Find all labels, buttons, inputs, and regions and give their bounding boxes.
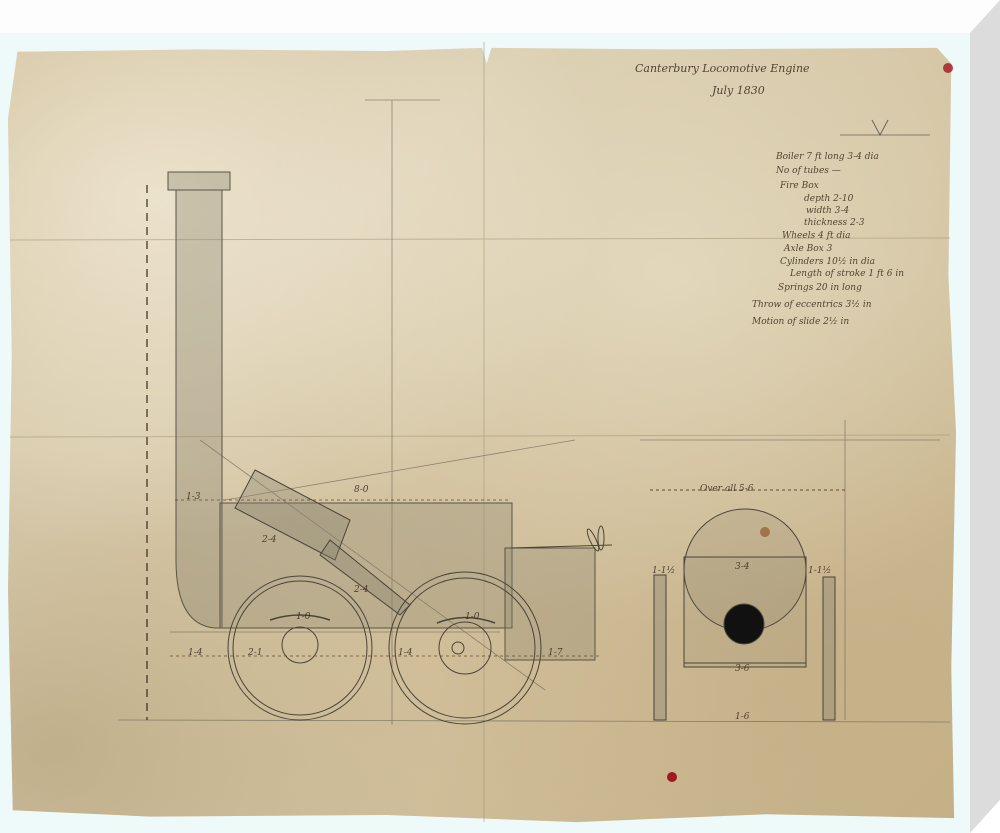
- dim-label: 1-0: [296, 612, 311, 622]
- spec-note: Cylinders 10½ in dia: [780, 257, 875, 267]
- dim-label: 1-6: [735, 712, 750, 722]
- spec-note: Wheels 4 ft dia: [782, 231, 850, 241]
- spec-note: Axle Box 3: [784, 244, 832, 254]
- dim-label: 2-1: [248, 648, 263, 658]
- dim-label: 2-4: [354, 585, 369, 595]
- spec-note: thickness 2-3: [804, 218, 865, 228]
- spec-note: Fire Box: [780, 181, 819, 191]
- spec-note: Throw of eccentrics 3½ in: [752, 300, 872, 310]
- dim-label: 1-7: [548, 648, 563, 658]
- spec-note: Springs 20 in long: [778, 283, 862, 293]
- red-seal: [667, 772, 677, 782]
- dim-label: 1-3: [186, 492, 201, 502]
- dim-label: 1-4: [188, 648, 203, 658]
- spec-note: Motion of slide 2½ in: [752, 317, 849, 327]
- dim-label: 3-4: [735, 562, 750, 572]
- title-line-2: July 1830: [712, 84, 765, 97]
- dim-label: 2-4: [262, 535, 277, 545]
- end-view: [650, 490, 845, 720]
- spec-note: depth 2-10: [804, 194, 853, 204]
- title-line-1: Canterbury Locomotive Engine: [635, 62, 810, 75]
- dim-label: 3-6: [735, 664, 750, 674]
- dim-label: 1-1½: [652, 566, 675, 576]
- spec-note: Length of stroke 1 ft 6 in: [790, 269, 904, 279]
- dim-label: 8-0: [354, 485, 369, 495]
- spec-note: width 3-4: [806, 206, 849, 216]
- dim-label: 1-1½: [808, 566, 831, 576]
- dim-label: 1-4: [398, 648, 413, 658]
- spec-note: No of tubes —: [776, 166, 841, 176]
- locomotive-drawing: [0, 0, 1000, 833]
- spec-note: Boiler 7 ft long 3-4 dia: [776, 152, 879, 162]
- dim-label: 1-0: [465, 612, 480, 622]
- dim-label: Over all 5-6: [700, 484, 753, 494]
